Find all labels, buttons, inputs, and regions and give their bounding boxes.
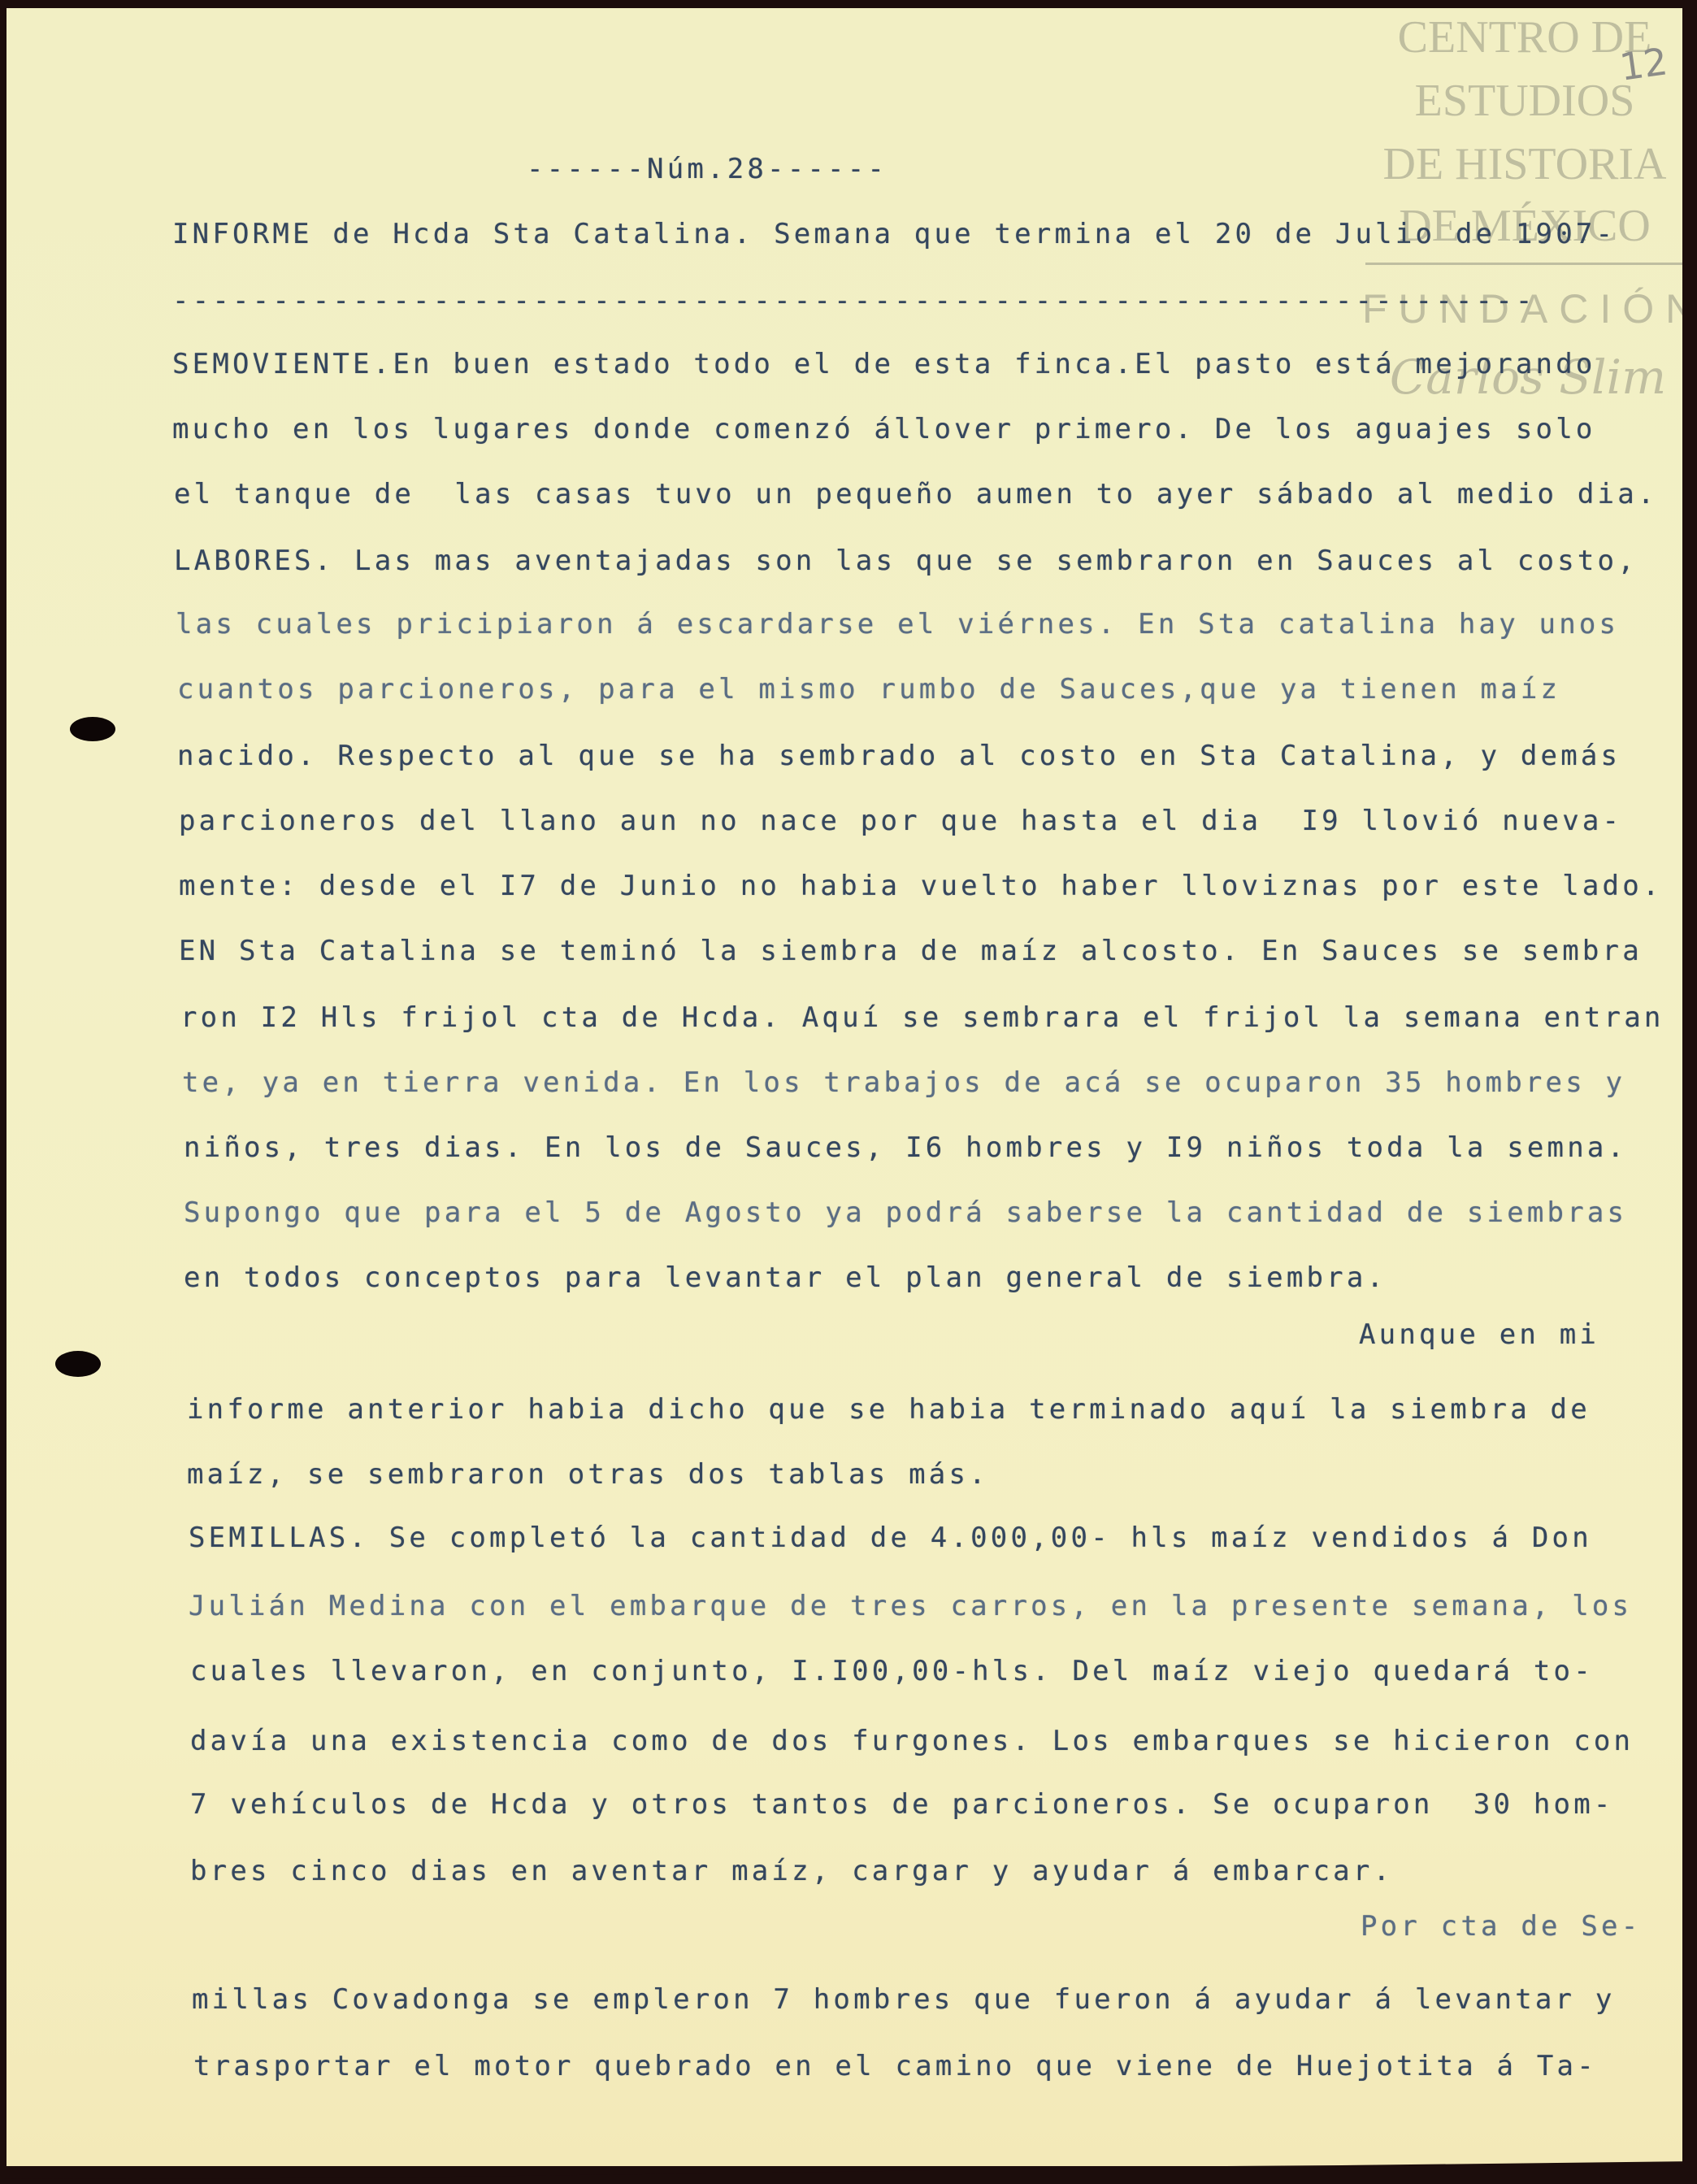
body-line: en todos conceptos para levantar el plan… (184, 1261, 1387, 1294)
body-line: parcioneros del llano aun no nace por qu… (179, 805, 1622, 837)
body-line-indent: Aunque en mi (1359, 1318, 1599, 1351)
body-line: bres cinco dias en aventar maíz, cargar … (190, 1855, 1393, 1887)
body-line: Supongo que para el 5 de Agosto ya podrá… (184, 1196, 1627, 1229)
report-title: INFORME de Hcda Sta Catalina. Semana que… (172, 218, 1616, 250)
body-line: te, ya en tierra venida. En los trabajos… (182, 1066, 1625, 1099)
body-line: 7 vehículos de Hcda y otros tantos de pa… (190, 1788, 1614, 1821)
body-line: nacido. Respecto al que se ha sembrado a… (177, 740, 1621, 772)
document-page: CENTRO DE ESTUDIOS DE HISTORIA DE MÉXICO… (7, 8, 1682, 2166)
body-line: trasportar el motor quebrado en el camin… (193, 2050, 1597, 2082)
punch-hole-top (70, 717, 115, 741)
body-line: informe anterior habia dicho que se habi… (187, 1393, 1591, 1426)
separator-line: ----------------------------------------… (172, 284, 1536, 317)
body-line: cuales llevaron, en conjunto, I.I00,00-h… (190, 1655, 1594, 1687)
body-line: LABORES. Las mas aventajadas son las que… (174, 545, 1638, 577)
body-line: las cuales pricipiaron á escardarse el v… (176, 608, 1619, 640)
punch-hole-bottom (55, 1351, 101, 1377)
watermark-de-historia: DE HISTORIA (1362, 141, 1682, 187)
body-line: niños, tres dias. En los de Sauces, I6 h… (184, 1131, 1627, 1164)
body-line: millas Covadonga se empleron 7 hombres q… (192, 1983, 1616, 2016)
handwritten-page-number: 12 (1617, 39, 1670, 89)
report-number: ------Núm.28------ (527, 153, 888, 185)
body-line: mente: desde el I7 de Junio no habia vue… (179, 870, 1663, 902)
body-line: davía una existencia como de dos furgone… (190, 1725, 1634, 1757)
body-line: el tanque de las casas tuvo un pequeño a… (174, 478, 1658, 510)
body-line: SEMOVIENTE.En buen estado todo el de est… (172, 348, 1596, 380)
body-line: mucho en los lugares donde comenzó állov… (172, 413, 1596, 445)
watermark-divider (1365, 263, 1682, 265)
body-line-indent: Por cta de Se- (1361, 1910, 1641, 1943)
body-line: cuantos parcioneros, para el mismo rumbo… (177, 673, 1560, 706)
body-line: maíz, se sembraron otras dos tablas más. (187, 1458, 989, 1491)
body-line: EN Sta Catalina se teminó la siembra de … (179, 935, 1643, 967)
body-line: SEMILLAS. Se completó la cantidad de 4.0… (189, 1522, 1592, 1554)
body-line: Julián Medina con el embarque de tres ca… (189, 1590, 1632, 1622)
body-line: ron I2 Hls frijol cta de Hcda. Aquí se s… (180, 1001, 1664, 1034)
